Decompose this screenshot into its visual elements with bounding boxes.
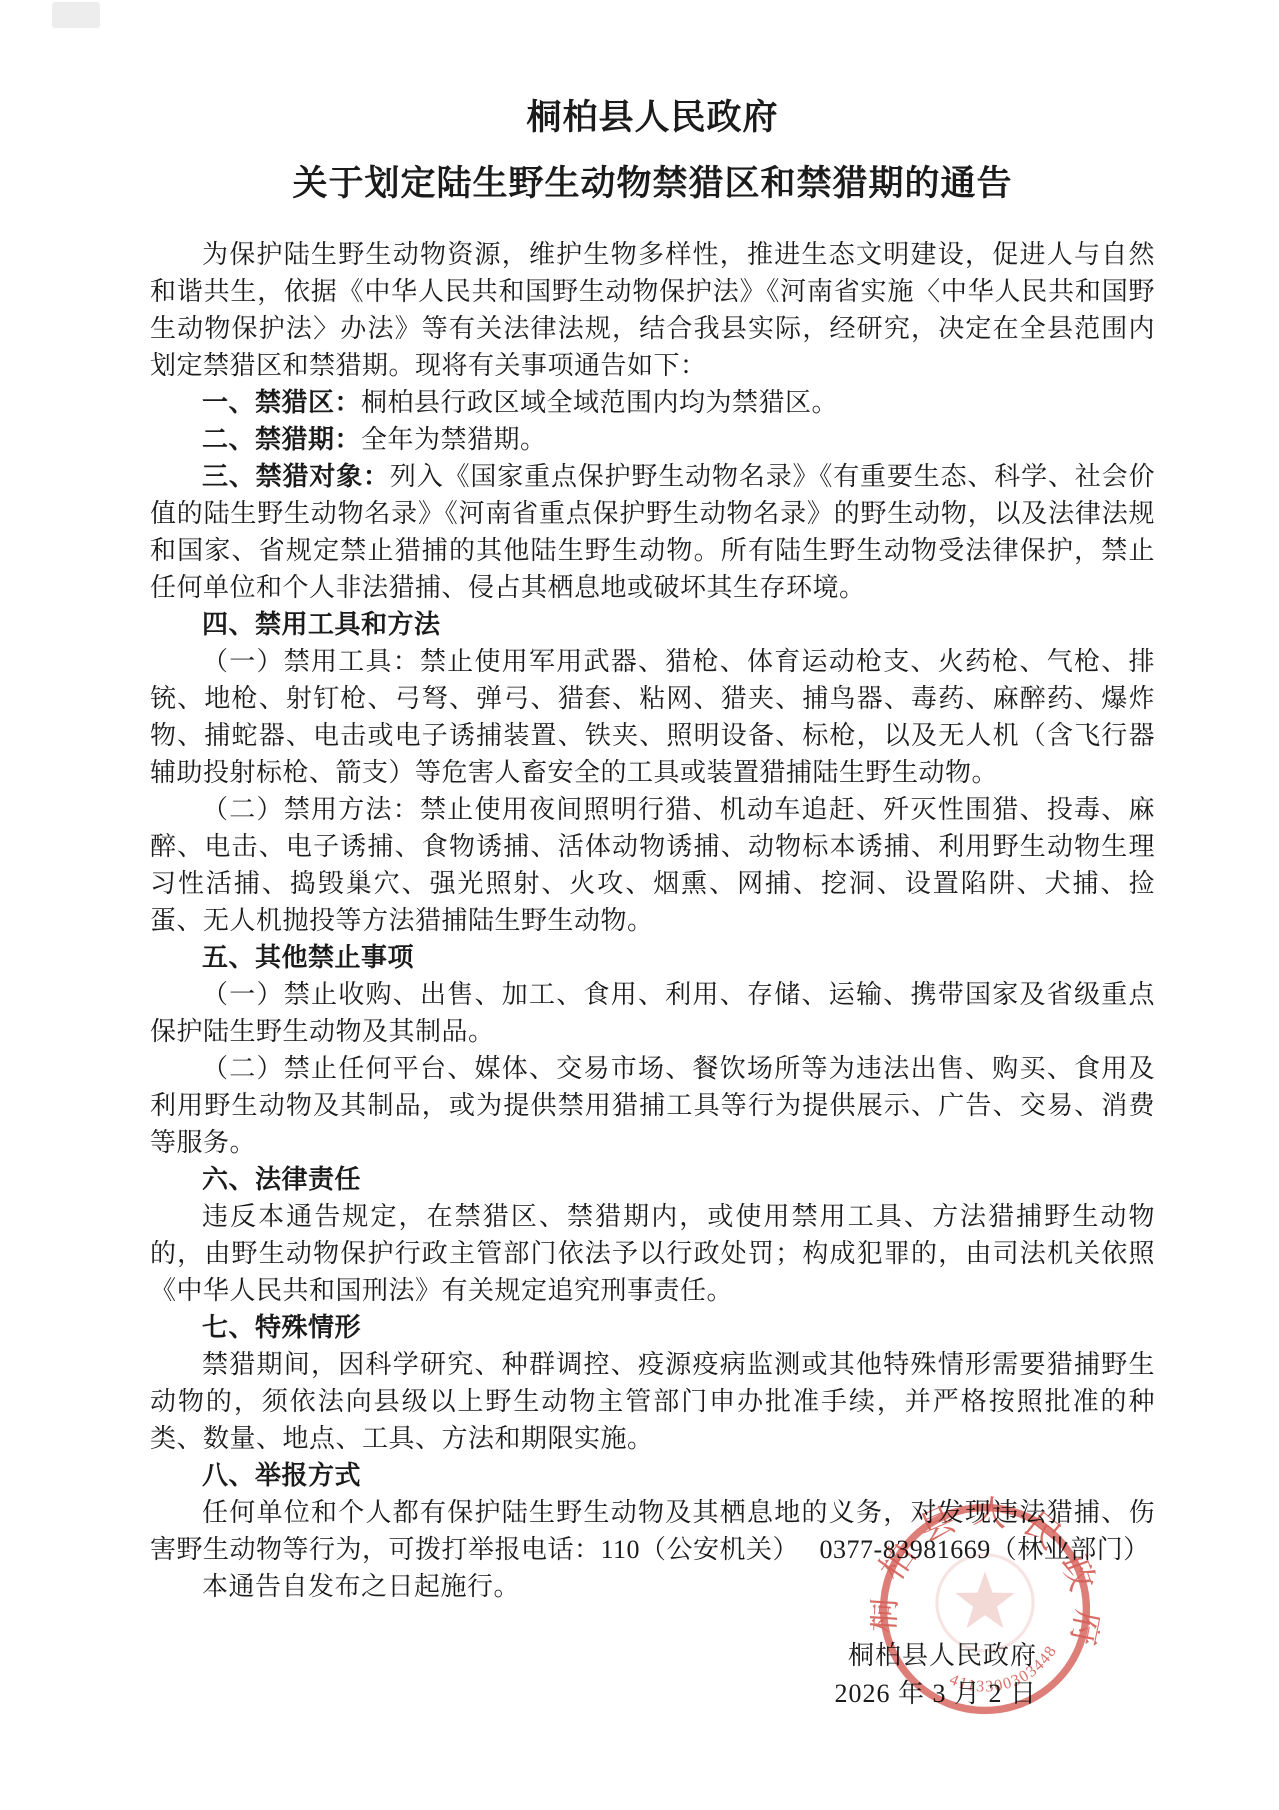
page-title: 桐柏县人民政府	[150, 96, 1155, 140]
scan-artifact	[52, 2, 100, 28]
section8-paragraph-1: 任何单位和个人都有保护陆生野生动物及其栖息地的义务，对发现违法猎捕、伤害野生动物…	[150, 1494, 1155, 1568]
section5-heading: 五、其他禁止事项	[150, 939, 1155, 976]
item2-label: 二、禁猎期：	[202, 425, 361, 454]
section4-heading: 四、禁用工具和方法	[150, 606, 1155, 643]
section7-paragraph-1: 禁猎期间，因科学研究、种群调控、疫源疫病监测或其他特殊情形需要猎捕野生动物的，须…	[150, 1346, 1155, 1457]
notice-body: 为保护陆生野生动物资源，维护生物多样性，推进生态文明建设，促进人与自然和谐共生，…	[150, 236, 1155, 1605]
section5-paragraph-2: （二）禁止任何平台、媒体、交易市场、餐饮场所等为违法出售、购买、食用及利用野生动…	[150, 1050, 1155, 1161]
signature-issuer: 桐柏县人民政府	[150, 1637, 1037, 1675]
page-subtitle: 关于划定陆生野生动物禁猎区和禁猎期的通告	[150, 162, 1155, 206]
section4-paragraph-1: （一）禁用工具：禁止使用军用武器、猎枪、体育运动枪支、火药枪、气枪、排铳、地枪、…	[150, 643, 1155, 791]
section6-paragraph-1: 违反本通告规定，在禁猎区、禁猎期内，或使用禁用工具、方法猎捕野生动物的，由野生动…	[150, 1198, 1155, 1309]
item2-text: 全年为禁猎期。	[361, 425, 547, 454]
section7-heading: 七、特殊情形	[150, 1309, 1155, 1346]
section4-paragraph-2: （二）禁用方法：禁止使用夜间照明行猎、机动车追赶、歼灭性围猎、投毒、麻醉、电击、…	[150, 791, 1155, 939]
item1-label: 一、禁猎区：	[202, 388, 361, 417]
signature-date: 2026 年 3 月 2 日	[150, 1675, 1037, 1713]
section6-heading: 六、法律责任	[150, 1161, 1155, 1198]
signature-block: 桐柏县人民政府 2026 年 3 月 2 日	[150, 1637, 1155, 1713]
section5-paragraph-1: （一）禁止收购、出售、加工、食用、利用、存储、运输、携带国家及省级重点保护陆生野…	[150, 976, 1155, 1050]
intro-paragraph: 为保护陆生野生动物资源，维护生物多样性，推进生态文明建设，促进人与自然和谐共生，…	[150, 236, 1155, 384]
section8-heading: 八、举报方式	[150, 1457, 1155, 1494]
effective-date-line: 本通告自发布之日起施行。	[150, 1568, 1155, 1605]
item3-label: 三、禁猎对象：	[202, 462, 390, 491]
item-hunting-ban-area: 一、禁猎区：桐柏县行政区域全域范围内均为禁猎区。	[150, 384, 1155, 421]
notice-document: 桐柏县人民政府 关于划定陆生野生动物禁猎区和禁猎期的通告 为保护陆生野生动物资源…	[0, 0, 1279, 1713]
item-hunting-ban-period: 二、禁猎期：全年为禁猎期。	[150, 421, 1155, 458]
item-hunting-ban-targets: 三、禁猎对象：列入《国家重点保护野生动物名录》《有重要生态、科学、社会价值的陆生…	[150, 458, 1155, 606]
item1-text: 桐柏县行政区域全域范围内均为禁猎区。	[361, 388, 838, 417]
